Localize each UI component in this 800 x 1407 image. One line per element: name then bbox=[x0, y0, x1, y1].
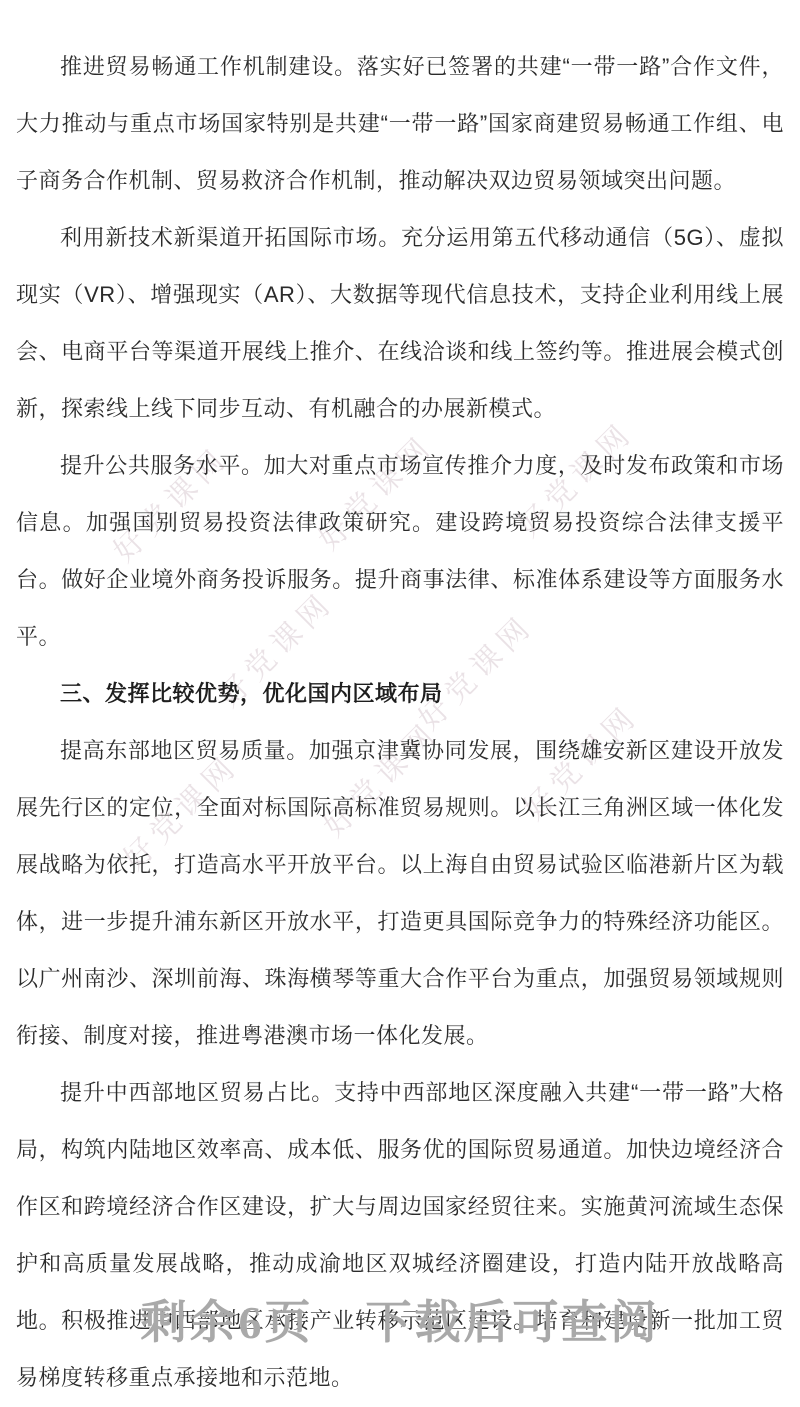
document-page: 好党课网好党课网好党课网好党课网好党课网好党课网好党课网好党课网 推进贸易畅通工… bbox=[0, 0, 800, 1407]
section-heading: 三、发挥比较优势，优化国内区域布局 bbox=[16, 665, 784, 722]
paragraph-midwest-region: 提升中西部地区贸易占比。支持中西部地区深度融入共建“一带一路”大格局，构筑内陆地… bbox=[16, 1064, 784, 1406]
paragraph-east-region: 提高东部地区贸易质量。加强京津冀协同发展，围绕雄安新区建设开放发展先行区的定位，… bbox=[16, 722, 784, 1064]
paragraph-new-tech-channels: 利用新技术新渠道开拓国际市场。充分运用第五代移动通信（5G）、虚拟现实（VR）、… bbox=[16, 209, 784, 437]
pages-remaining-text: 剩余6页 bbox=[141, 1297, 314, 1348]
paragraph-public-services: 提升公共服务水平。加大对重点市场宣传推介力度，及时发布政策和市场信息。加强国别贸… bbox=[16, 437, 784, 665]
pages-remaining-note: 剩余6页下载后可查阅 bbox=[0, 1295, 800, 1350]
document-content: 推进贸易畅通工作机制建设。落实好已签署的共建“一带一路”合作文件，大力推动与重点… bbox=[16, 38, 784, 1406]
download-hint-text: 下载后可查阅 bbox=[366, 1297, 660, 1348]
paragraph-trade-mechanism: 推进贸易畅通工作机制建设。落实好已签署的共建“一带一路”合作文件，大力推动与重点… bbox=[16, 38, 784, 209]
